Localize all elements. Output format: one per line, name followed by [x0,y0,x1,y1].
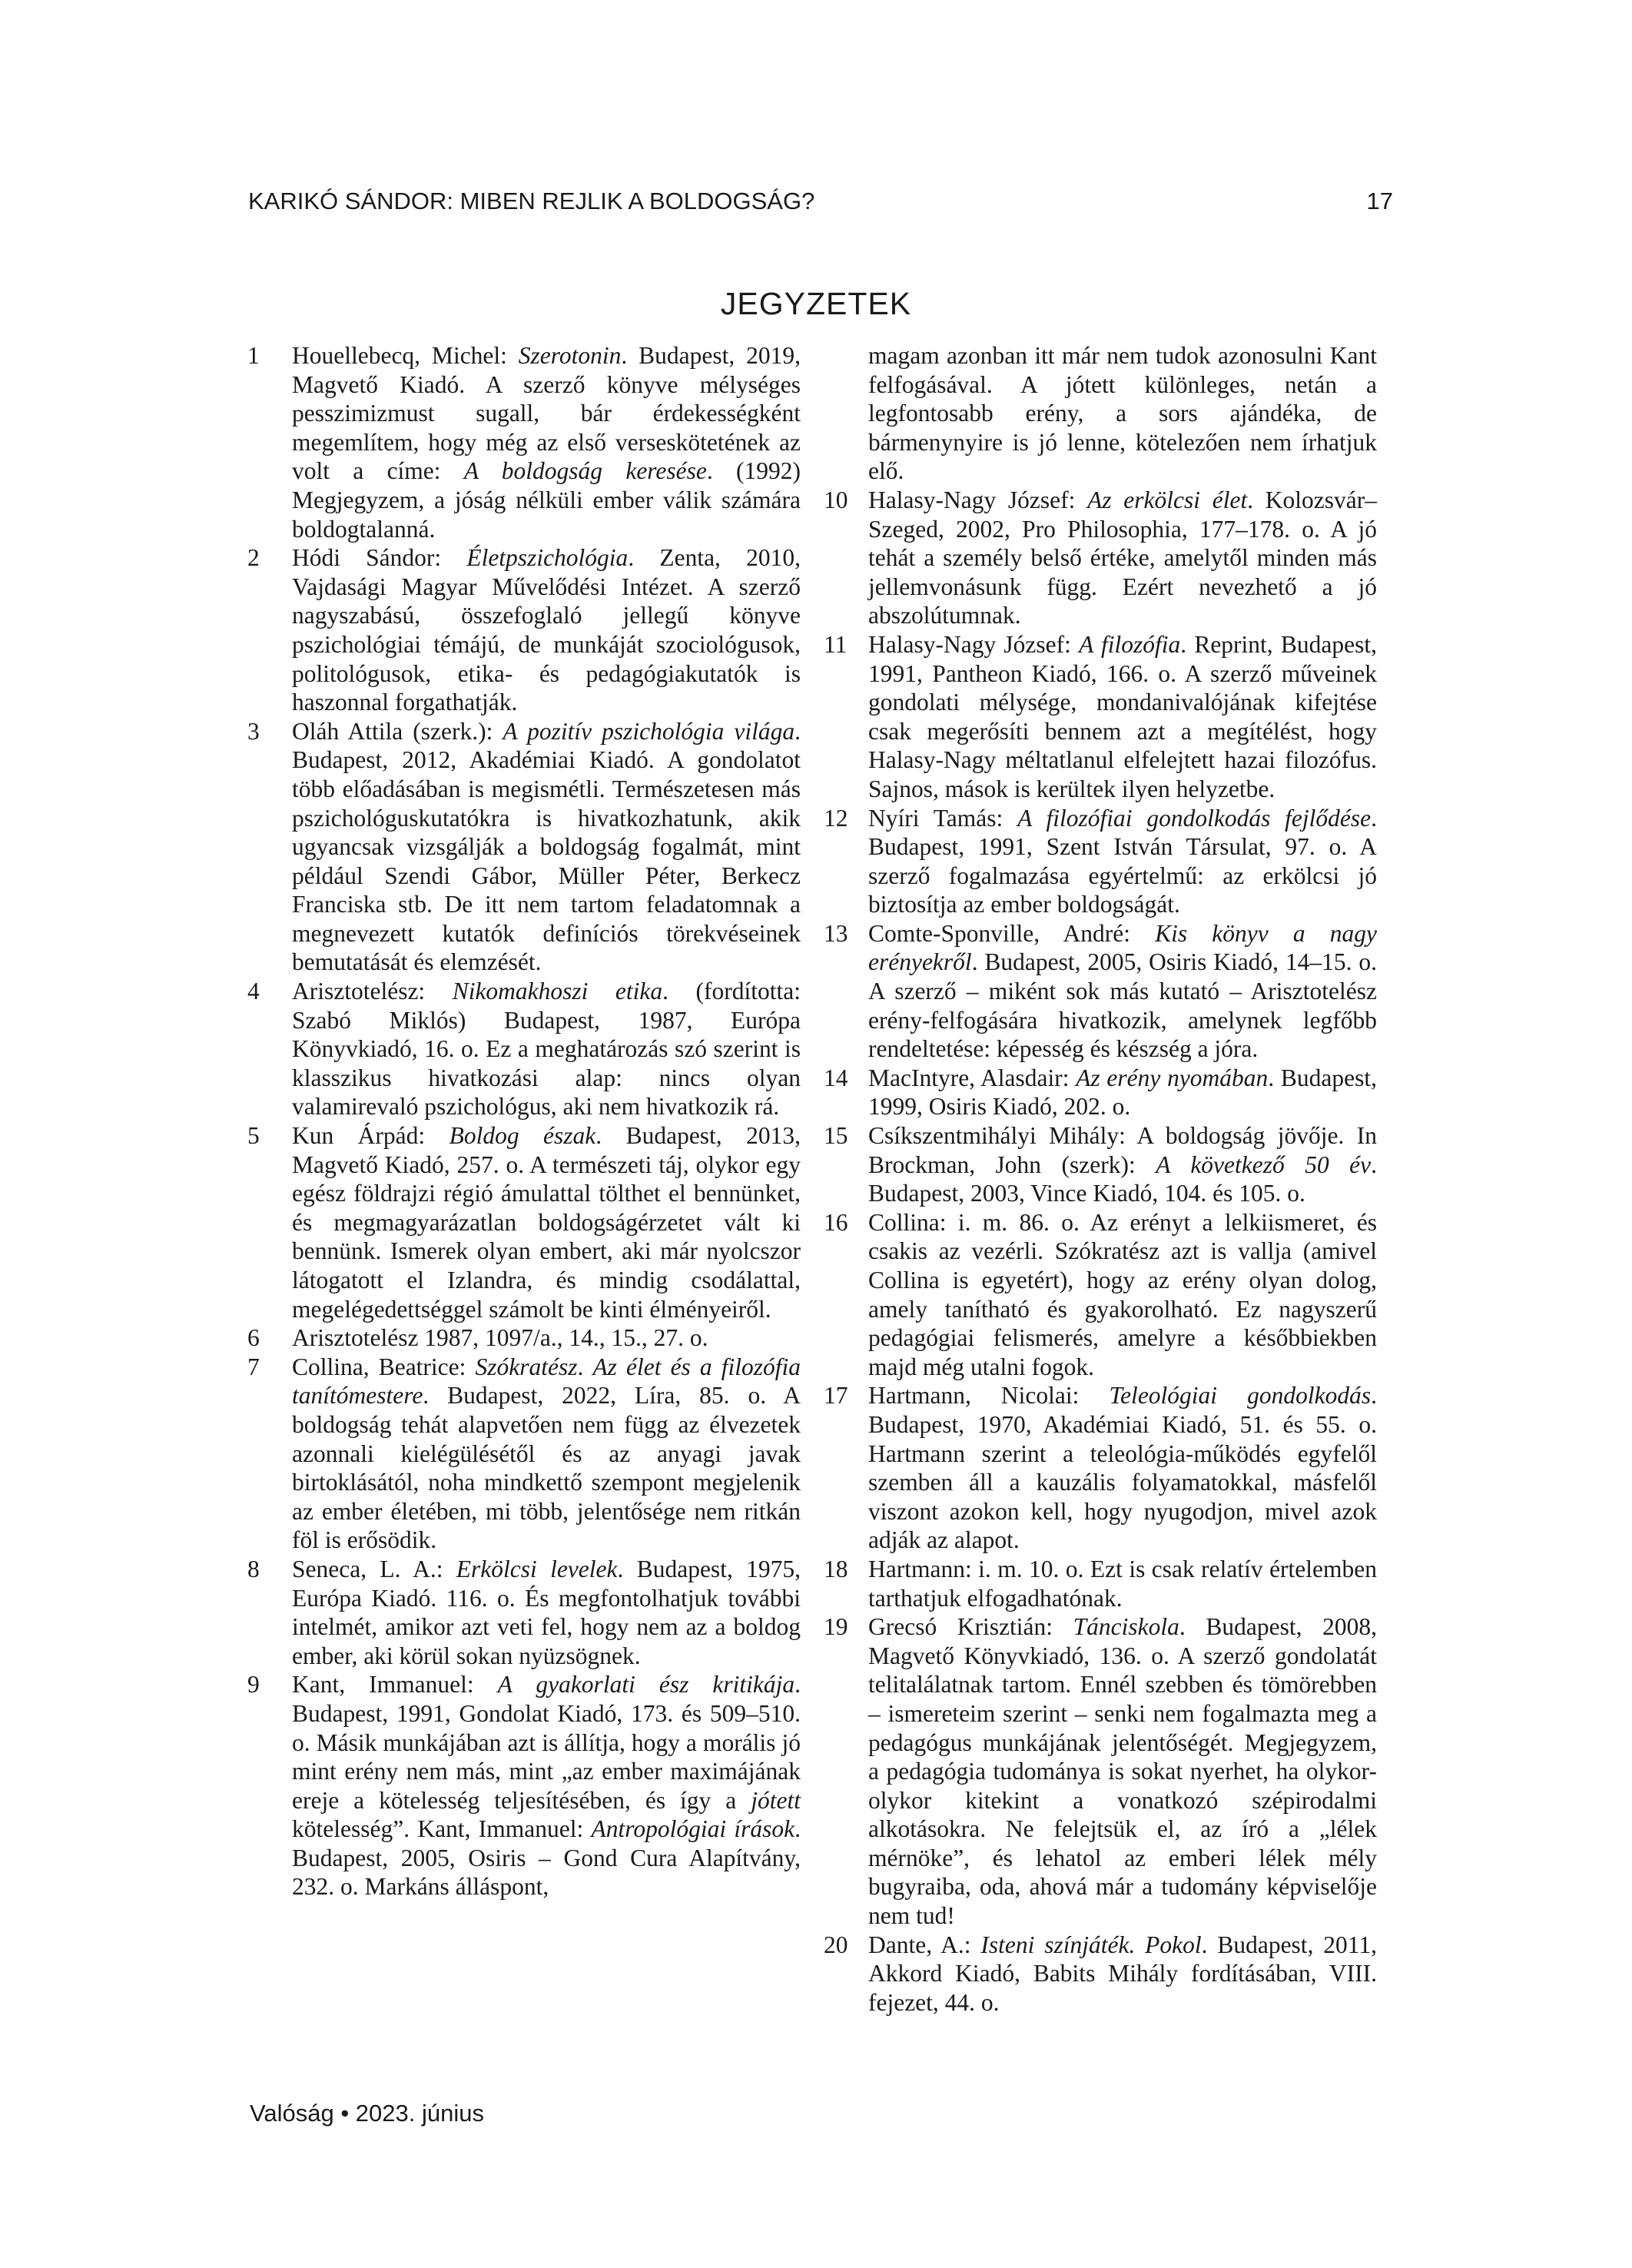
footnote-number: 15 [824,1121,868,1208]
cited-title: A pozitív pszichológia világa [503,718,794,745]
footnote-text: magam azonban itt már nem tudok azonosul… [868,341,1377,486]
footnote: 7Collina, Beatrice: Szókratész. Az élet … [247,1353,801,1555]
footnote: 1Houellebecq, Michel: Szerotonin. Budape… [247,341,801,543]
cited-title: Szókratész [475,1353,577,1380]
cited-title: Erkölcsi levelek [456,1556,618,1582]
footnote-text-run: Nyíri Tamás: [868,805,1017,832]
running-header: KARIKÓ SÁNDOR: MIBEN REJLIK A BOLDOGSÁG?… [248,188,1393,215]
cited-title: Teleológiai gondolkodás [1109,1382,1371,1409]
footnote: 16Collina: i. m. 86. o. Az erényt a lelk… [824,1208,1377,1382]
footnote-text-run: Dante, A.: [868,1931,980,1958]
notes-columns: 1Houellebecq, Michel: Szerotonin. Budape… [247,341,1377,2017]
footnote-number: 5 [247,1121,292,1323]
footnote: 6Arisztotelész 1987, 1097/a., 14., 15., … [247,1323,801,1353]
footnote-text: Nyíri Tamás: A filozófiai gondolkodás fe… [868,804,1377,919]
cited-title: Életpszichológia [466,544,628,571]
footnote-text-run: kötelesség”. Kant, Immanuel: [292,1815,592,1842]
footnote-text-run: . Budapest, 2012, Akadémiai Kiadó. A gon… [292,718,801,976]
footnote-text: Hartmann: i. m. 10. o. Ezt is csak relat… [868,1555,1377,1612]
footnote-number: 1 [247,341,292,543]
footnote-text: Hartmann, Nicolai: Teleológiai gondolkod… [868,1381,1377,1555]
footnote: 10Halasy-Nagy József: Az erkölcsi élet. … [824,486,1377,630]
footnote: 19Grecsó Krisztián: Tánciskola. Budapest… [824,1612,1377,1931]
cited-title: A boldogság keresése [464,457,707,484]
footnote: 9Kant, Immanuel: A gyakorlati ész kritik… [247,1670,801,1901]
footnote-text: MacIntyre, Alasdair: Az erény nyomában. … [868,1064,1377,1121]
footnote-text: Houellebecq, Michel: Szerotonin. Budapes… [292,341,801,543]
cited-title: A következő 50 év [1156,1151,1371,1178]
page-number: 17 [1367,188,1393,215]
footnote-text-run: Arisztotelész: [292,978,453,1004]
page-footer: Valóság • 2023. június [250,2100,484,2127]
footnote: 13Comte-Sponville, André: Kis könyv a na… [824,919,1377,1064]
footnote-text-run: Houellebecq, Michel: [292,342,519,369]
notes-column-right: magam azonban itt már nem tudok azonosul… [824,341,1377,2017]
footnote-number: 3 [247,717,292,977]
cited-title: Antropológiai írások [592,1815,795,1842]
footnote-text-run: Grecsó Krisztián: [868,1613,1073,1640]
cited-title: Az erény nyomában [1076,1064,1268,1091]
footnote-text: Halasy-Nagy József: Az erkölcsi élet. Ko… [868,486,1377,630]
footnote-text: Kun Árpád: Boldog észak. Budapest, 2013,… [292,1121,801,1323]
footnote-text-run: Oláh Attila (szerk.): [292,718,503,745]
footnote-text-run: MacIntyre, Alasdair: [868,1064,1076,1091]
footnote: 18Hartmann: i. m. 10. o. Ezt is csak rel… [824,1555,1377,1612]
footnote-text-run: Collina: i. m. 86. o. Az erényt a lelkii… [868,1209,1377,1380]
footnote-text: Comte-Sponville, André: Kis könyv a nagy… [868,919,1377,1064]
footnote: 11Halasy-Nagy József: A filozófia. Repri… [824,630,1377,804]
running-title: KARIKÓ SÁNDOR: MIBEN REJLIK A BOLDOGSÁG? [248,188,814,215]
footnote-text-run: . [577,1353,592,1380]
footnote: 20Dante, A.: Isteni színjáték. Pokol. Bu… [824,1931,1377,2017]
footnote-text: Arisztotelész: Nikomakhoszi etika. (ford… [292,977,801,1121]
footnote-text-run: Arisztotelész 1987, 1097/a., 14., 15., 2… [292,1324,708,1351]
footnote: 15Csíkszentmihályi Mihály: A boldogság j… [824,1121,1377,1208]
footnote-text: Arisztotelész 1987, 1097/a., 14., 15., 2… [292,1323,801,1353]
footnote-text: Csíkszentmihályi Mihály: A boldogság jöv… [868,1121,1377,1208]
footnote-text-run: Hódi Sándor: [292,544,466,571]
cited-title: Isteni színjáték. Pokol [980,1931,1201,1958]
cited-title: Nikomakhoszi etika [453,978,662,1004]
footnote-number: 7 [247,1353,292,1555]
cited-title: jótett [751,1787,801,1814]
footnote-number: 10 [824,486,868,630]
footnote-text-run: . Budapest, 2013, Magvető Kiadó, 257. o.… [292,1122,801,1323]
footnote-number: 11 [824,630,868,804]
footnote: 17Hartmann, Nicolai: Teleológiai gondolk… [824,1381,1377,1555]
footnote-text-run: magam azonban itt már nem tudok azonosul… [868,342,1377,484]
footnote-text: Collina, Beatrice: Szókratész. Az élet é… [292,1353,801,1555]
footnote-number: 18 [824,1555,868,1612]
footnote-number: 19 [824,1612,868,1931]
footnote-text-run: Halasy-Nagy József: [868,486,1087,513]
footnote-number: 4 [247,977,292,1121]
footnote: 8Seneca, L. A.: Erkölcsi levelek. Budape… [247,1555,801,1670]
cited-title: A filozófiai gondolkodás fejlődése [1017,805,1371,832]
footnote: 3Oláh Attila (szerk.): A pozitív pszicho… [247,717,801,977]
footnote: 14MacIntyre, Alasdair: Az erény nyomában… [824,1064,1377,1121]
footnote-continuation: magam azonban itt már nem tudok azonosul… [824,341,1377,486]
cited-title: A filozófia [1079,631,1180,658]
footnote-number: 16 [824,1208,868,1382]
footnote: 5Kun Árpád: Boldog észak. Budapest, 2013… [247,1121,801,1323]
footnote-number: 6 [247,1323,292,1353]
footnote-number: 17 [824,1381,868,1555]
footnote-text-run: Seneca, L. A.: [292,1556,456,1582]
footnote-text: Collina: i. m. 86. o. Az erényt a lelkii… [868,1208,1377,1382]
footnote-number: 9 [247,1670,292,1901]
cited-title: Tánciskola [1073,1613,1179,1640]
footnote-text-run: Hartmann, Nicolai: [868,1382,1109,1409]
footnote-text-run: Comte-Sponville, André: [868,920,1155,947]
footnote: 2Hódi Sándor: Életpszichológia. Zenta, 2… [247,543,801,717]
footnote-number: 14 [824,1064,868,1121]
footnote-text-run: Collina, Beatrice: [292,1353,475,1380]
notes-column-left: 1Houellebecq, Michel: Szerotonin. Budape… [247,341,801,2017]
footnote-text: Hódi Sándor: Életpszichológia. Zenta, 20… [292,543,801,717]
footnote-number: 20 [824,1931,868,2017]
footnote-text-run: Kun Árpád: [292,1122,449,1149]
footnote: 12Nyíri Tamás: A filozófiai gondolkodás … [824,804,1377,919]
footnote-text-run: Hartmann: i. m. 10. o. Ezt is csak relat… [868,1556,1377,1612]
footnote-text: Oláh Attila (szerk.): A pozitív pszichol… [292,717,801,977]
footnote-text: Grecsó Krisztián: Tánciskola. Budapest, … [868,1612,1377,1931]
footnote-text-run: Kant, Immanuel: [292,1671,498,1698]
footnote-number: 12 [824,804,868,919]
footnote-text: Kant, Immanuel: A gyakorlati ész kritiká… [292,1670,801,1901]
footnote-text-run: Halasy-Nagy József: [868,631,1079,658]
footnote-text: Dante, A.: Isteni színjáték. Pokol. Buda… [868,1931,1377,2017]
section-title: JEGYZETEK [0,286,1632,322]
cited-title: Szerotonin [519,342,622,369]
cited-title: Az erkölcsi élet [1087,486,1247,513]
footnote-text: Halasy-Nagy József: A filozófia. Reprint… [868,630,1377,804]
footnote-text-run: . Budapest, 2008, Magvető Könyvkiadó, 13… [868,1613,1377,1929]
footnote-text: Seneca, L. A.: Erkölcsi levelek. Budapes… [292,1555,801,1670]
footnote-number: 13 [824,919,868,1064]
cited-title: Boldog észak [449,1122,596,1149]
cited-title: A gyakorlati ész kritikája [498,1671,794,1698]
footnote: 4Arisztotelész: Nikomakhoszi etika. (for… [247,977,801,1121]
footnote-number: 8 [247,1555,292,1670]
footnote-number: 2 [247,543,292,717]
